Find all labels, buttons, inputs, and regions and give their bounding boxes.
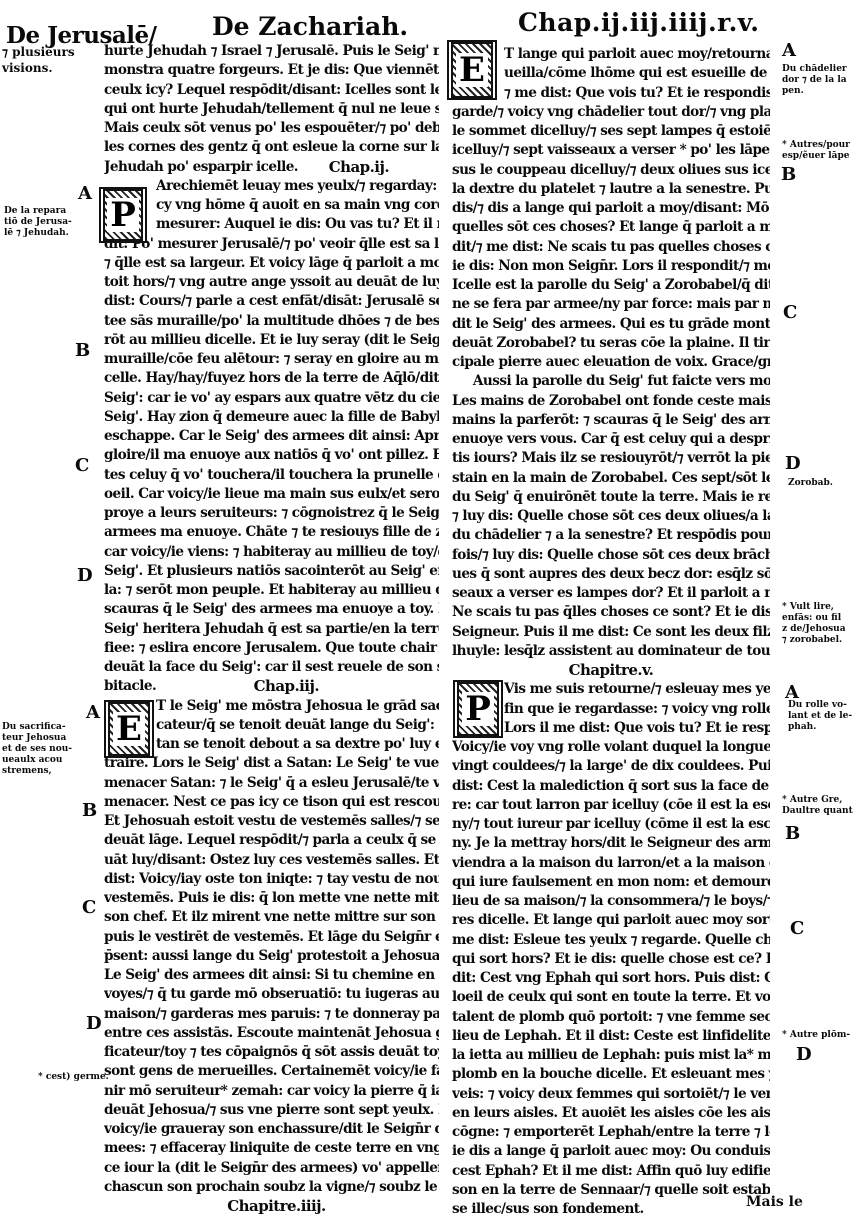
margin-note-text: * cest) germe. [38,1072,109,1082]
section-letter-b: B [785,823,800,844]
text-line: dist: Cest la malediction q̄ sort sus la… [452,777,770,796]
text-line: menacer. Nest ce pas icy ce tison qui es… [104,793,439,812]
chapter-heading-v: Chapitre.v. [452,661,770,680]
section-letter-a: A [782,40,796,61]
text-line: mees: ⁊ effaceray liniquite de ceste ter… [104,1139,439,1158]
text-line: tes celuy q̄ vo' touchera/il touchera la… [104,466,439,485]
text-line: plomb en la bouche dicelle. Et esleuant … [452,1065,770,1084]
text-line: qui iure faulsement en mon nom: et demou… [452,873,770,892]
text-line: Aussi la parolle du Seig' fut faicte ver… [452,372,770,391]
margin-note-text: * Autres/pour esp/ẽuer lāpe [782,140,850,161]
text-line: Jehudah po' esparpir icelle. [104,158,298,177]
text-line: cest Ephah? Et il me dist: Affin quō luy… [452,1162,770,1181]
text-line: bitacle. [104,677,156,696]
text-line: hurte Jehudah ⁊ Israel ⁊ Jerusalē. Puis … [104,42,439,61]
margin-note-text: * Vult lire, enfās: ou fil z de/Jehosua … [782,602,846,645]
section-letter-d: D [77,565,93,586]
text-line: deuāt Jehosua/⁊ sus vne pierre sont sept… [104,1101,439,1120]
text-line: puis le vestirēt de vestemēs. Et lāge du… [104,928,439,947]
running-head-right: Chap.ij.iij.iiij.r.v. [518,8,759,37]
margin-note-reparation: De la repara tiō de Jerusa- lē ⁊ Jehudah… [4,206,72,239]
text-line: Arechiemēt leuay mes yeulx/⁊ regarday: ⁊… [104,177,439,196]
section-letter-d: D [785,453,801,474]
text-line: cōgne: ⁊ emporterēt Lephah/entre la terr… [452,1123,770,1142]
text-line: Voicy/ie voy vng rolle volant duquel la … [452,738,770,757]
section-letter-c: C [75,455,89,476]
text-line: talent de plomb quō portoit: ⁊ vne femme… [452,1008,770,1027]
text-line: dist: Voicy/iay oste ton iniqte: ⁊ tay v… [104,870,439,889]
text-line: se illec/sus son fondement. [452,1200,770,1219]
text-line: proye a leurs seruiteurs: ⁊ cōgnoistrez … [104,504,439,523]
text-line: ce iour la (dit le Seign̄r des armees) v… [104,1159,439,1178]
chapter-heading-ij: Chap.ij. [329,158,389,177]
text-line: deuāt Zorobabel? tu seras cōe la plaine.… [452,334,770,353]
text-line: armees ma enuoye. Chāte ⁊ te resiouys fi… [104,523,439,542]
text-line: icelluy/⁊ sept vaisseaux a verser * po' … [452,141,770,160]
text-line: cipale pierre auec eleuation de voix. Gr… [452,353,770,372]
text-line: deuāt lāge. Lequel respōdit/⁊ parla a ce… [104,831,439,850]
text-line: nir mō seruiteur* zemah: car voicy la pi… [104,1082,439,1101]
text-line: sus le couppeau dicelluy/⁊ deux oliues s… [452,161,770,180]
margin-note-text: * Autre Gre, Daultre quant [782,795,853,816]
text-line: en leurs aisles. Et auoiēt les aisles cō… [452,1104,770,1123]
text-line: tis iours? Mais ilz se resiouyrōt/⁊ verr… [452,449,770,468]
text-line: Seig' heritera Jehudah q̄ est sa partie/… [104,620,439,639]
text-line: Seig': car ie vo' ay espars aux quatre v… [104,389,439,408]
text-line: Mais ceulx sōt venus po' les espouēter/⁊… [104,119,439,138]
text-line: gloire/il ma enuoye aux natiōs q̄ vo' on… [104,446,439,465]
text-line: oeil. Car voicy/ie lieue ma main sus eul… [104,485,439,504]
section-letter-c: C [82,897,96,918]
section-letter-a: A [86,702,100,723]
text-line: mains la parferōt: ⁊ scauras q̄ le Seig'… [452,411,770,430]
text-line: le sommet dicelluy/⁊ ses sept lampes q̄ … [452,122,770,141]
text-line: ⁊ me dist: Que vois tu? Et ie respondis:… [452,84,770,103]
text-line: les cornes des gentz q̄ ont esleue la co… [104,138,439,157]
drop-cap-letter: E [456,53,488,87]
text-line: garde/⁊ voicy vng chādelier tout dor/⁊ v… [452,103,770,122]
text-line: ne se fera par armee/ny par force: mais … [452,295,770,314]
text-line: viendra a la maison du larron/et a la ma… [452,854,770,873]
text-line: ceulx icy? Lequel respōdit/disant: Icell… [104,81,439,100]
section-letter-b: B [82,800,97,821]
text-line: du chādelier ⁊ a la senestre? Et respōdi… [452,526,770,545]
section-letter-d: D [86,1013,102,1034]
margin-note-rolle-volant: Du rolle vo- lant et de le- phah. [788,700,852,733]
text-line: Seig'. Hay zion q̄ demeure auec la fille… [104,408,439,427]
text-line: vingt couldees/⁊ la large' de dix coulde… [452,757,770,776]
text-line-with-heading: bitacle. Chap.iij. [104,677,439,696]
text-line: car voicy/ie viens: ⁊ habiteray au milli… [104,543,439,562]
text-line: tan se tenoit debout a sa dextre po' luy… [104,735,439,754]
drop-cap-letter: E [113,712,145,746]
drop-cap-e: E [447,40,497,100]
text-line: ie dis a lange q̄ parloit auec moy: Ou c… [452,1142,770,1161]
chapter-heading-iij: Chap.iij. [254,677,319,696]
drop-cap-letter: P [107,198,139,232]
drop-cap-letter: P [462,692,494,726]
text-line: ie dis: Non mon Seign̄r. Lors il respond… [452,257,770,276]
text-line: dit/⁊ me dist: Ne scais tu pas quelles c… [452,238,770,257]
text-line: traire. Lors le Seig' dist a Satan: Le S… [104,754,439,773]
margin-note-text: Du chādelier dor ⁊ de la la pen. [782,64,847,96]
left-text-column: hurte Jehudah ⁊ Israel ⁊ Jerusalē. Puis … [104,42,439,1216]
margin-note-autre-gre: * Autre Gre, Daultre quant [782,795,853,817]
text-line: tee sās muraille/po' la multitude dhōes … [104,312,439,331]
text-line: la: ⁊ serōt mon peuple. Et habiteray au … [104,581,439,600]
text-line: Le Seig' des armees dit ainsi: Si tu che… [104,966,439,985]
drop-cap-frame: E [108,702,150,756]
text-line: Les mains de Zorobabel ont fonde ceste m… [452,392,770,411]
margin-note-text: Zorobab. [788,478,833,488]
chapter-heading-iiij: Chapitre.iiij. [104,1197,439,1216]
text-line: chascun son prochain soubz la vigne/⁊ so… [104,1178,439,1197]
text-line: enuoye vers vous. Car q̄ est celuy qui a… [452,430,770,449]
text-line: ueilla/cōme lhōme qui est esueille de so… [452,64,770,83]
text-line: ny. Je la mettray hors/dit le Seigneur d… [452,834,770,853]
text-line: dist: Cours/⁊ parle a cest enfāt/disāt: … [104,292,439,311]
drop-cap-p: P [99,187,147,243]
margin-note-vult-lire: * Vult lire, enfās: ou fil z de/Jehosua … [782,602,846,646]
text-line: monstra quatre forgeurs. Et je dis: Que … [104,61,439,80]
text-line: toit hors/⁊ vng autre ange yssoit au deu… [104,273,439,292]
margin-note-text: * Autre plōm- [782,1030,850,1040]
text-line: lieu de sa maison/⁊ la consommera/⁊ le b… [452,892,770,911]
text-line: ficateur/toy ⁊ tes cōpaignōs q̄ sōt assi… [104,1043,439,1062]
catchword: Mais le [746,1194,803,1210]
text-line: Icelle est la parolle du Seig' a Zorobab… [452,276,770,295]
margin-note-plusieurs-visions: ⁊ plusieurs visions. [2,44,75,76]
section-letter-d: D [796,1044,812,1065]
text-line: eschappe. Car le Seig' des armees dit ai… [104,427,439,446]
text-line: T lange qui parloit auec moy/retourna ⁊ … [452,45,770,64]
text-line: scauras q̄ le Seig' des armees ma enuoye… [104,600,439,619]
margin-note-text: Du rolle vo- lant et de le- phah. [788,700,852,732]
text-line: voicy/ie graueray son enchassure/dit le … [104,1120,439,1139]
text-line: Et Jehosuah estoit vestu de vestemēs sal… [104,812,439,831]
text-line: rōt au millieu dicelle. Et ie luy seray … [104,331,439,350]
text-line: loeil de ceulx qui sont en toute la terr… [452,988,770,1007]
text-line-with-heading: Jehudah po' esparpir icelle. Chap.ij. [104,158,439,177]
text-line: fiee: ⁊ eslira encore Jerusalem. Que tou… [104,639,439,658]
text-line: stain en la main de Zorobabel. Ces sept/… [452,469,770,488]
text-line: son en la terre de Sennaar/⁊ quelle soit… [452,1181,770,1200]
text-line: cateur/q̄ se tenoit deuāt lange du Seig'… [104,716,439,735]
text-line: me dist: Esleue tes yeulx ⁊ regarde. Que… [452,931,770,950]
margin-note-text: Du sacrifica- teur Jehosua et de ses nou… [2,722,72,776]
text-line: entre ces assistās. Escoute maintenāt Je… [104,1024,439,1043]
text-line: dis/⁊ dis a lange qui parloit a moy/disa… [452,199,770,218]
text-line: T le Seig' me mōstra Jehosua le grād sac… [104,697,439,716]
text-line: muraille/cōe feu alētour: ⁊ seray en glo… [104,350,439,369]
text-line: Seig'. Et plusieurs natiōs sacointerōt a… [104,562,439,581]
text-line: res dicelle. Et lange qui parloit auec m… [452,911,770,930]
text-line: voyes/⁊ q̄ tu garde mō obseruatiō: tu iu… [104,985,439,1004]
text-line: dit: Cest vng Ephah qui sort hors. Puis … [452,969,770,988]
margin-note-chandelier: Du chādelier dor ⁊ de la la pen. [782,64,847,97]
margin-note-germe: * cest) germe. [38,1072,109,1083]
drop-cap-p: P [453,680,503,738]
margin-note-text: ⁊ plusieurs visions. [2,45,75,75]
text-line: dit: Po' mesurer Jerusalē/⁊ po' veoir q̄… [104,235,439,254]
text-line: quelles sōt ces choses? Et lange q̄ parl… [452,218,770,237]
section-letter-c: C [783,302,797,323]
drop-cap-e: E [104,700,154,758]
book-page: De Jerusalē/ De Zachariah. Chap.ij.iij.i… [0,0,858,1223]
text-line: maison/⁊ garderas mes paruis: ⁊ te donne… [104,1005,439,1024]
text-line: ⁊ q̄lle est sa largeur. Et voicy lāge q̄… [104,254,439,273]
text-line: Ne scais tu pas q̄lles choses ce sont? E… [452,603,770,622]
text-line: ⁊ luy dis: Quelle chose sōt ces deux oli… [452,507,770,526]
text-line: fois/⁊ luy dis: Quelle chose sōt ces deu… [452,546,770,565]
text-line: menacer Satan: ⁊ le Seig' q̄ a esleu Jer… [104,774,439,793]
text-line: ues q̄ sont aupres des deux becz dor: es… [452,565,770,584]
text-line: son chef. Et ilz mirent vne nette mittre… [104,908,439,927]
section-letter-b: B [75,340,90,361]
text-line: cy vng hōme q̄ auoit en sa main vng cord… [104,196,439,215]
drop-cap-frame: E [451,42,493,98]
text-line: deuāt la face du Seig': car il sest reue… [104,658,439,677]
text-line: qui ont hurte Jehudah/tellement q̄ nul n… [104,100,439,119]
right-text-column: T lange qui parloit auec moy/retourna ⁊ … [452,45,770,1219]
text-line: lieu de Lephah. Et il dist: Ceste est li… [452,1027,770,1046]
text-line: veis: ⁊ voicy deux femmes qui sortoiēt/⁊… [452,1085,770,1104]
margin-note-autre-plomb: * Autre plōm- [782,1030,850,1041]
running-head-center: De Zachariah. [212,12,408,41]
text-line: la ietta au millieu de Lephah: puis mist… [452,1046,770,1065]
text-line: lhuyle: lesq̄lz assistent au dominateur … [452,642,770,661]
text-line: p̄sent: aussi lange du Seig' protestoit … [104,947,439,966]
margin-note-zorobab: Zorobab. [788,478,833,489]
text-line: du Seig' q̄ enuirōnēt toute la terre. Ma… [452,488,770,507]
text-line: sont gens de merueilles. Certainemēt voi… [104,1062,439,1081]
text-line: la dextre du platelet ⁊ lautre a la sene… [452,180,770,199]
text-line: qui sort hors? Et ie dis: quelle chose e… [452,950,770,969]
text-line: seaux a verser es lampes dor? Et il parl… [452,584,770,603]
text-line: uāt luy/disant: Ostez luy ces vestemēs s… [104,851,439,870]
text-line: re: car tout larron par icelluy (cōe il … [452,796,770,815]
text-line: ny/⁊ tout iureur par icelluy (cōme il es… [452,815,770,834]
drop-cap-frame: P [103,189,143,241]
margin-note-autres-pour: * Autres/pour esp/ẽuer lāpe [782,140,850,162]
drop-cap-frame: P [457,682,499,736]
margin-note-sacrificateur: Du sacrifica- teur Jehosua et de ses nou… [2,722,72,777]
section-letter-c: C [790,918,804,939]
section-letter-b: B [781,164,796,185]
text-line: celle. Hay/hay/fuyez hors de la terre de… [104,369,439,388]
margin-note-text: De la repara tiō de Jerusa- lē ⁊ Jehudah… [4,206,72,238]
text-line: dit le Seig' des armees. Qui es tu grāde… [452,315,770,334]
text-line: mesurer: Auquel ie dis: Ou vas tu? Et il… [104,215,439,234]
text-line: vestemēs. Puis ie dis: q̄ lon mette vne … [104,889,439,908]
section-letter-a: A [78,183,92,204]
text-line: Seigneur. Puis il me dist: Ce sont les d… [452,623,770,642]
